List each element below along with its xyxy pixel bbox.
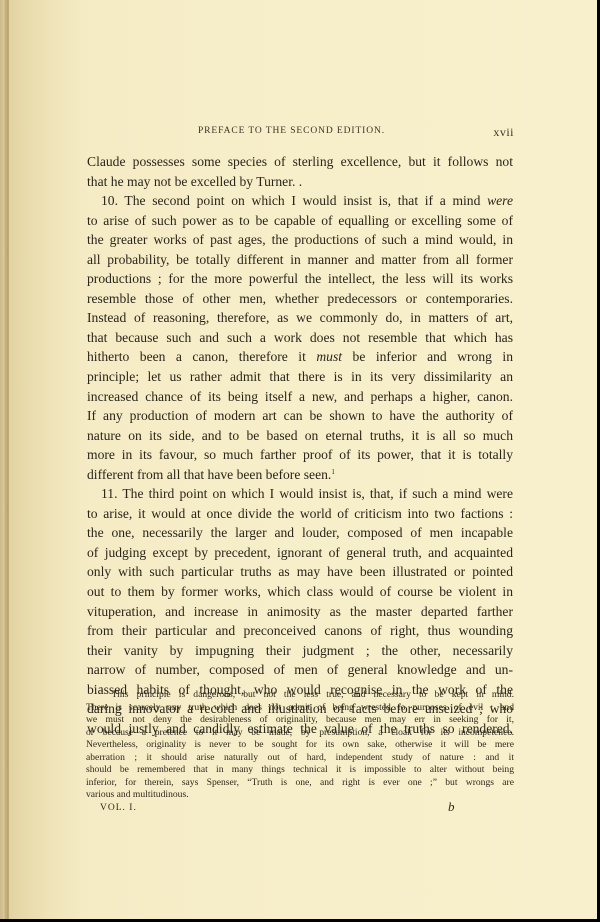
- line-text: If any production of modern art can be s…: [87, 408, 513, 423]
- body-line: the one, necessarily the larger and loud…: [87, 523, 513, 543]
- line-text: to arise, it would at once divide the wo…: [87, 506, 513, 521]
- body-line: that because such and such a work does n…: [87, 328, 513, 348]
- line-text: vituperation, and increase in animosity …: [87, 604, 513, 619]
- footnote-text: various and multitudinous.: [86, 789, 189, 800]
- line-text: Instead of reasoning, therefore, as we c…: [87, 310, 513, 325]
- book-page: PREFACE TO THE SECOND EDITION. xvii Clau…: [0, 0, 597, 919]
- body-line: resemble those of other men, whether pre…: [87, 289, 513, 309]
- line-text: of judging except by precedent, ignorant…: [87, 545, 513, 560]
- line-text: narrow of number, composed of men of gen…: [87, 662, 513, 677]
- footnote-marker: 1: [100, 686, 104, 694]
- running-head-title: PREFACE TO THE SECOND EDITION.: [198, 126, 385, 136]
- body-line: to arise of such power as to be capable …: [87, 211, 513, 231]
- footnote-text: we must not deny the desirableness of or…: [86, 714, 514, 725]
- footnote-text: aberration ; it should arise naturally o…: [86, 752, 514, 763]
- body-text: Claude possesses some species of sterlin…: [87, 152, 513, 738]
- footnote-text: There is scarcely any truth which does n…: [86, 702, 514, 713]
- body-line: increased chance of its being itself a n…: [87, 387, 513, 407]
- gutter-shadow: [7, 0, 9, 919]
- line-text: resemble those of other men, whether pre…: [87, 291, 513, 306]
- footnote-text: This principle is dangerous, but not the…: [111, 689, 514, 700]
- body-line: more in its favour, so much farther proo…: [87, 445, 513, 465]
- line-text: only with such particular truths as may …: [87, 564, 513, 579]
- signature-mark: b: [448, 799, 455, 815]
- footnote-text: Nevertheless, originality is never to be…: [86, 739, 514, 750]
- footnote-line: There is scarcely any truth which does n…: [86, 702, 514, 715]
- body-line: vituperation, and increase in animosity …: [87, 602, 513, 622]
- line-text: hitherto been a canon, therefore it: [87, 349, 316, 364]
- footnote-line: should be remembered that in many things…: [86, 764, 514, 777]
- line-text: be inferior and wrong in: [342, 349, 513, 364]
- body-line: productions ; for the more powerful the …: [87, 269, 513, 289]
- line-text: Claude possesses some species of sterlin…: [87, 154, 513, 169]
- line-text: that because such and such a work does n…: [87, 330, 513, 345]
- footnote-line: or because a pretence to it may be made,…: [86, 727, 514, 740]
- footnote-line: aberration ; it should arise naturally o…: [86, 752, 514, 765]
- line-text: out to them by former works, which class…: [87, 584, 513, 599]
- line-text: nature on its side, and to be based on e…: [87, 428, 513, 443]
- body-line: their vanity by impugning their judgment…: [87, 641, 513, 661]
- body-line: 11. The third point on which I would ins…: [87, 484, 513, 504]
- line-text: the one, necessarily the larger and loud…: [87, 525, 513, 540]
- body-line: all probability, be totally different in…: [87, 250, 513, 270]
- body-line: nature on its side, and to be based on e…: [87, 426, 513, 446]
- line-text: the greater works of past ages, the prod…: [87, 232, 513, 247]
- body-line: only with such particular truths as may …: [87, 562, 513, 582]
- body-line: that he may not be excelled by Turner. .: [87, 172, 513, 192]
- footnote-line: inferior, for therein, says Spenser, “Tr…: [86, 777, 514, 790]
- footnote-text: inferior, for therein, says Spenser, “Tr…: [86, 777, 514, 788]
- line-text: from their particular and preconceived c…: [87, 623, 513, 638]
- body-line: hitherto been a canon, therefore it must…: [87, 347, 513, 367]
- footnote-line: 1 This principle is dangerous, but not t…: [86, 689, 514, 702]
- footnote-text: or because a pretence to it may be made,…: [86, 727, 514, 738]
- line-text: their vanity by impugning their judgment…: [87, 643, 513, 658]
- line-text: 10. The second point on which I would in…: [101, 193, 487, 208]
- line-text: increased chance of its being itself a n…: [87, 389, 513, 404]
- line-text: that he may not be excelled by Turner. .: [87, 174, 302, 189]
- footnotes: 1 This principle is dangerous, but not t…: [86, 689, 514, 802]
- line-text: principle; let us rather admit that ther…: [87, 369, 513, 384]
- line-text: different from all that have been before…: [87, 467, 331, 482]
- body-line: different from all that have been before…: [87, 465, 513, 485]
- page-number: xvii: [493, 125, 514, 140]
- body-line: of judging except by precedent, ignorant…: [87, 543, 513, 563]
- body-line: principle; let us rather admit that ther…: [87, 367, 513, 387]
- body-line: Claude possesses some species of sterlin…: [87, 152, 513, 172]
- emphasis-text: must: [316, 349, 342, 364]
- body-line: narrow of number, composed of men of gen…: [87, 660, 513, 680]
- footnote-line: we must not deny the desirableness of or…: [86, 714, 514, 727]
- volume-label: VOL. I.: [100, 803, 137, 813]
- body-line: 10. The second point on which I would in…: [87, 191, 513, 211]
- body-line: Instead of reasoning, therefore, as we c…: [87, 308, 513, 328]
- body-line: If any production of modern art can be s…: [87, 406, 513, 426]
- footnote-reference: 1: [331, 468, 335, 476]
- line-text: all probability, be totally different in…: [87, 252, 513, 267]
- line-text: to arise of such power as to be capable …: [87, 213, 513, 228]
- line-text: 11. The third point on which I would ins…: [101, 486, 513, 501]
- line-text: productions ; for the more powerful the …: [87, 271, 513, 286]
- body-line: out to them by former works, which class…: [87, 582, 513, 602]
- body-line: to arise, it would at once divide the wo…: [87, 504, 513, 524]
- body-line: from their particular and preconceived c…: [87, 621, 513, 641]
- emphasis-text: were: [487, 193, 513, 208]
- body-line: the greater works of past ages, the prod…: [87, 230, 513, 250]
- line-text: more in its favour, so much farther proo…: [87, 447, 513, 462]
- footnote-text: should be remembered that in many things…: [86, 764, 514, 775]
- footnote-line: Nevertheless, originality is never to be…: [86, 739, 514, 752]
